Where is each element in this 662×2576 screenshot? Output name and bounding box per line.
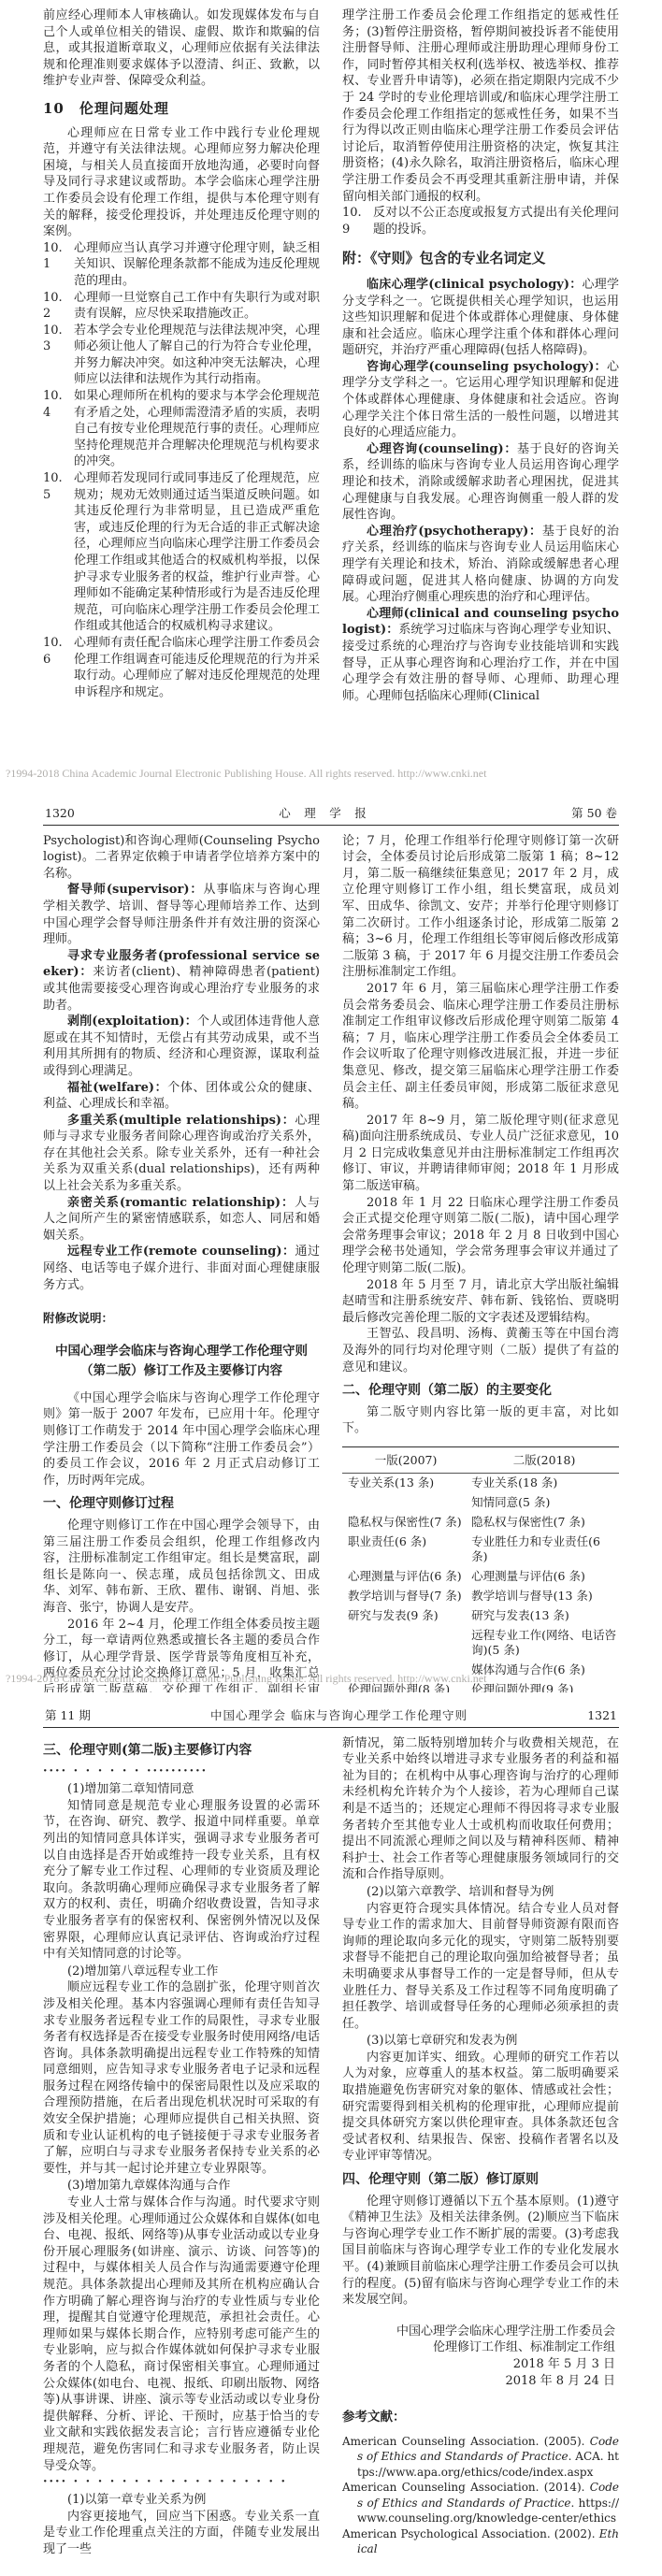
article-title-line1: 中国心理学会临床与咨询心理学工作伦理守则 (49, 1342, 314, 1361)
table-row: 研究与发表(9 条)研究与发表(13 条) (342, 1606, 619, 1626)
copyright-watermark: ?1994-2018 China Academic Journal Electr… (6, 1671, 486, 1688)
table-cell: 隐私权与保密性(7 条) (469, 1513, 619, 1533)
table-row: 专业关系(13 条)专业关系(18 条) (342, 1473, 619, 1493)
clause-item: 10.3 若本学会专业伦理规范与法律法规冲突，心理师必须让他人了解自己的行为符合… (43, 323, 320, 388)
clause-text: 心理师一旦觉察自己工作中有失职行为或对职责有误解，应尽快采取措施改正。 (74, 290, 320, 323)
paragraph: Psychologist)和咨询心理师(Counseling Psycholog… (43, 833, 320, 883)
table-cell: 教学培训与督导(13 条) (469, 1587, 619, 1606)
subsection-heading: (1)增加第二章知情同意 (43, 1781, 320, 1798)
table-header-row: 一版(2007) 二版(2018) (342, 1446, 619, 1473)
section-heading-ethics-issues: 10 伦理问题处理 (43, 101, 320, 118)
definition-paragraph: 寻求专业服务者(professional service seeker)：来访者… (43, 948, 320, 1014)
page-number: 1321 (587, 1707, 617, 1724)
clause-text: 反对以不公正态度或报复方式提出有关伦理问题的投诉。 (373, 205, 619, 237)
article-title: 中国心理学会临床与咨询心理学工作伦理守则 （第二版）修订工作及主要修订内容 (49, 1342, 314, 1381)
definition-paragraph: 心理咨询(counseling)：基于良好的咨询关系，经训练的临床与咨询专业人员… (342, 441, 619, 524)
definition-term: 临床心理学(clinical psychology)： (367, 278, 583, 292)
table-cell: 专业胜任力和专业责任(6 条) (469, 1533, 619, 1567)
table-cell: 媒体沟通与合作(6 条) (469, 1661, 619, 1680)
table-cell: 心理测量与评估(6 条) (469, 1567, 619, 1587)
clause-text: 如果心理师所在机构的要求与本学会伦理规范有矛盾之处，心理师需澄清矛盾的实质，表明… (74, 388, 320, 470)
subsection-heading: (3)增加第九章媒体沟通与合作 (43, 2178, 320, 2195)
clause-text: 心理师有责任配合临床心理学注册工作委员会伦理工作组调查可能违反伦理规范的行为并采… (74, 635, 320, 700)
definition-paragraph: 剥削(exploitation)：个人或团体违背他人意愿或在其不知情时，无偿占有… (43, 1014, 320, 1079)
paragraph: 第二版守则内容比第一版的更丰富，对比如下。 (342, 1404, 619, 1437)
page1-left-column: 前应经心理师本人审核确认。如发现媒体发布与自己个人或单位相关的错误、虚假、欺诈和… (43, 7, 320, 704)
scanned-journal-document: { "copyright": "?1994-2018 China Academi… (0, 0, 662, 2576)
clause-number: 10.9 (342, 205, 367, 237)
journal-page-1319: 前应经心理师本人审核确认。如发现媒体发布与自己个人或单位相关的错误、虚假、欺诈和… (0, 0, 662, 790)
subsection-heading: (2)以第六章教学、培训和督导为例 (342, 1884, 619, 1901)
clause-number: 10.1 (43, 240, 67, 290)
revision-note-label: 附修改说明： (43, 1310, 320, 1327)
paragraph: 内容更符合现实具体情况。结合专业人员对督导专业工作的需求加大、目前督导师资源有限… (342, 1901, 619, 2033)
page2-left-column: Psychologist)和咨询心理师(Counseling Psycholog… (43, 833, 320, 1692)
copyright-watermark: ?1994-2018 China Academic Journal Electr… (6, 766, 486, 783)
clause-item: 10.6 心理师有责任配合临床心理学注册工作委员会伦理工作组调查可能违反伦理规范… (43, 635, 320, 700)
paragraph: 心理师应在日常专业工作中践行专业伦理规范，并遵守有关法律法规。心理师应努力解决伦… (43, 125, 320, 240)
page-number: 1320 (45, 805, 75, 822)
clause-text: 若本学会专业伦理规范与法律法规冲突，心理师必须让他人了解自己的行为符合专业伦理，… (74, 323, 320, 388)
table-cell: 研究与发表(13 条) (469, 1606, 619, 1626)
table-cell: 知情同意(5 条) (469, 1493, 619, 1513)
definition-paragraph: 督导师(supervisor)：从事临床与咨询心理学相关教学、培训、督导等心理师… (43, 882, 320, 947)
clause-item: 10.1 心理师应当认真学习并遵守伦理守则，缺乏相关知识、误解伦理条款都不能成为… (43, 240, 320, 290)
paragraph: 2018 年 5 月至 7 月，请北京大学出版社编辑赵晴雪和注册系统安芹、韩布新… (342, 1277, 619, 1327)
signature-date: 2018 年 8 月 24 日 (342, 2373, 619, 2390)
table-cell: 伦理问题处理(9 条) (469, 1680, 619, 1692)
reference-entry: American Psychological Association. (200… (342, 2526, 619, 2557)
section-heading-main-changes: 二、伦理守则（第二版）的主要变化 (342, 1383, 619, 1400)
article-title-line2: （第二版）修订工作及主要修订内容 (49, 1361, 314, 1381)
page3-right-column: 新情况，第二版特别增加转介与收费相关规范，在专业关系中始终以增进寻求专业服务者的… (342, 1735, 619, 2558)
paragraph: 《中国心理学会临床与咨询心理学工作伦理守则》第一版于 2007 年发布，已应用十… (43, 1390, 320, 1489)
subsection-heading: (3)以第七章研究和发表为例 (342, 2033, 619, 2050)
dotted-separator: ···· · · · · · · · · · · · · · · · · · · (43, 2474, 320, 2491)
table-cell: 隐私权与保密性(7 条) (342, 1513, 469, 1533)
table-cell: 心理测量与评估(6 条) (342, 1567, 469, 1587)
paragraph: 前应经心理师本人审核确认。如发现媒体发布与自己个人或单位相关的错误、虚假、欺诈和… (43, 7, 320, 90)
clause-number: 10.5 (43, 470, 67, 635)
table-row: 教学培训与督导(7 条)教学培训与督导(13 条) (342, 1587, 619, 1606)
table-row: 知情同意(5 条) (342, 1493, 619, 1513)
clause-item: 10.9 反对以不公正态度或报复方式提出有关伦理问题的投诉。 (342, 205, 619, 237)
journal-page-1320: 1320 心 理 学 报 第 50 卷 Psychologist)和咨询心理师(… (0, 790, 662, 1692)
references-heading: 参考文献： (342, 2410, 619, 2426)
definition-paragraph: 远程专业工作(remote counseling)：通过网络、电话等电子媒介进行… (43, 1244, 320, 1293)
definition-paragraph: 咨询心理学(counseling psychology)：心理学分支学科之一。它… (342, 359, 619, 441)
definition-term: 剥削(exploitation)： (67, 1015, 197, 1029)
page-header: 第 11 期 中国心理学会 临床与咨询心理学工作伦理守则 1321 (0, 1692, 662, 1724)
reference-entry: American Counseling Association. (2014).… (342, 2480, 619, 2526)
running-title: 中国心理学会 临床与咨询心理学工作伦理守则 (210, 1707, 468, 1724)
journal-name: 心 理 学 报 (279, 805, 367, 822)
table-cell (342, 1493, 469, 1513)
paragraph: 内容更接地气，回应当下困惑。专业关系一直是专业工作伦理重点关注的方面，伴随专业发… (43, 2509, 320, 2558)
table-cell: 研究与发表(9 条) (342, 1606, 469, 1626)
reference-text: American Counseling Association. (2014). (342, 2481, 590, 2494)
page2-right-column: 论；7 月，伦理工作组举行伦理守则修订第一次研讨会，全体委员讨论后形成第二版第 … (342, 833, 619, 1692)
definition-term: 督导师(supervisor)： (67, 883, 203, 897)
clause-number: 10.4 (43, 388, 67, 470)
table-row: 职业责任(6 条)专业胜任力和专业责任(6 条) (342, 1533, 619, 1567)
paragraph: 内容更加详实、细致。心理师的研究工作若以人为对象，应尊重人的基本权益。第二版明确… (342, 2050, 619, 2165)
definition-paragraph: 心理治疗(psychotherapy)：基于良好的治疗关系，经训练的临床与咨询专… (342, 524, 619, 606)
paragraph: 2017 年 6 月，第三届临床心理学注册工作委员会常务委员会、临床心理学注册工… (342, 981, 619, 1113)
section-heading-main-revisions: 三、伦理守则(第二版)主要修订内容 (43, 1743, 320, 1760)
appendix-definitions-heading: 附：《守则》包含的专业名词定义 (342, 251, 619, 267)
journal-page-1321: 第 11 期 中国心理学会 临床与咨询心理学工作伦理守则 1321 三、伦理守则… (0, 1692, 662, 2576)
signature-date: 2018 年 5 月 3 日 (342, 2356, 619, 2373)
section-heading-revision-principles: 四、伦理守则（第二版）修订原则 (342, 2172, 619, 2189)
clause-number: 10.2 (43, 290, 67, 323)
reference-text: American Counseling Association. (2005). (342, 2435, 590, 2448)
definition-paragraph: 福祉(welfare)：个体、团体或公众的健康、利益、心理成长和幸福。 (43, 1080, 320, 1113)
definition-term: 远程专业工作(remote counseling)： (67, 1245, 295, 1259)
table-cell: 专业关系(13 条) (342, 1473, 469, 1493)
volume-number: 第 50 卷 (571, 805, 617, 822)
reference-entry: American Counseling Association. (2005).… (342, 2434, 619, 2481)
reference-text: American Psychological Association. (200… (342, 2527, 599, 2540)
paragraph: 伦理守则修订遵循以下五个基本原则。(1)遵守《精神卫生法》及相关法律条例。(2)… (342, 2194, 619, 2309)
paragraph: 新情况，第二版特别增加转介与收费相关规范，在专业关系中始终以增进寻求专业服务者的… (342, 1735, 619, 1883)
table-header-v2: 二版(2018) (469, 1446, 619, 1473)
page-header: 1320 心 理 学 报 第 50 卷 (0, 790, 662, 822)
clause-item: 10.4 如果心理师所在机构的要求与本学会伦理规范有矛盾之处，心理师需澄清矛盾的… (43, 388, 320, 470)
signature-block: 中国心理学会临床心理学注册工作委员会 伦理修订工作组、标准制定工作组 2018 … (342, 2324, 619, 2389)
version-comparison-table: 一版(2007) 二版(2018) 专业关系(13 条)专业关系(18 条) 知… (342, 1446, 619, 1692)
clause-item: 10.5 心理师若发现同行或同事违反了伦理规范，应规劝；规劝无效则通过适当渠道反… (43, 470, 320, 635)
table-cell (342, 1626, 469, 1661)
table-header-v1: 一版(2007) (342, 1446, 469, 1473)
definition-paragraph: 亲密关系(romantic relationship)：人与人之间所产生的紧密情… (43, 1195, 320, 1245)
definition-term: 亲密关系(romantic relationship)： (67, 1196, 295, 1210)
definition-term: 心理咨询(counseling)： (367, 442, 517, 456)
issue-number: 第 11 期 (45, 1707, 91, 1724)
paragraph: 论；7 月，伦理工作组举行伦理守则修订第一次研讨会，全体委员讨论后形成第二版第 … (342, 833, 619, 981)
table-cell: 教学培训与督导(7 条) (342, 1587, 469, 1606)
paragraph: 知情同意是规范专业心理服务设置的必需环节，在咨询、研究、教学、报道中同样重要。单… (43, 1798, 320, 1963)
page1-right-column: 理学注册工作委员会伦理工作组指定的惩戒性任务；(3)暂停注册资格，暂停期间被投诉… (342, 7, 619, 704)
paragraph: 顺应远程专业工作的急剧扩张，伦理守则首次涉及相关伦理。基本内容强调心理师有责任告… (43, 1979, 320, 2177)
paragraph: 理学注册工作委员会伦理工作组指定的惩戒性任务；(3)暂停注册资格，暂停期间被投诉… (342, 7, 619, 205)
subsection-heading: (2)增加第八章远程专业工作 (43, 1964, 320, 1980)
section-heading-revision-process: 一、伦理守则修订过程 (43, 1496, 320, 1513)
table-row: 心理测量与评估(6 条)心理测量与评估(6 条) (342, 1567, 619, 1587)
paragraph: 专业人士常与媒体合作与沟通。时代要求守则涉及相关伦理。心理师通过公众媒体和自媒体… (43, 2195, 320, 2474)
paragraph: 2018 年 1 月 22 日临床心理学注册工作委员会正式提交伦理守则第二版(二… (342, 1195, 619, 1277)
definition-paragraph: 多重关系(multiple relationships)：心理师与寻求专业服务者… (43, 1113, 320, 1195)
signature-line: 中国心理学会临床心理学注册工作委员会 (342, 2324, 619, 2340)
paragraph: 王智弘、段昌明、汤梅、黄蘅玉等在中国台湾及海外的同行均对伦理守则（二版）提供了有… (342, 1326, 619, 1375)
clause-number: 10.3 (43, 323, 67, 388)
clause-item: 10.2 心理师一旦觉察自己工作中有失职行为或对职责有误解，应尽快采取措施改正。 (43, 290, 320, 323)
dotted-separator: ···· · · · · · · ·········· (43, 1763, 320, 1780)
clause-text: 心理师若发现同行或同事违反了伦理规范，应规劝；规劝无效则通过适当渠道反映问题。如… (74, 470, 320, 635)
table-row: 远程专业工作(网络、电话咨询)(5 条) (342, 1626, 619, 1661)
table-row: 隐私权与保密性(7 条)隐私权与保密性(7 条) (342, 1513, 619, 1533)
table-cell: 专业关系(18 条) (469, 1473, 619, 1493)
clause-text: 心理师应当认真学习并遵守伦理守则，缺乏相关知识、误解伦理条款都不能成为违反伦理规… (74, 240, 320, 290)
paragraph: 伦理守则修订工作在中国心理学会领导下，由第三届注册工作委员会组织，伦理工作组修改… (43, 1518, 320, 1617)
clause-number: 10.6 (43, 635, 67, 700)
definition-term: 咨询心理学(counseling psychology)： (367, 360, 607, 374)
definition-paragraph: 心理师(clinical and counseling psychologist… (342, 606, 619, 705)
page3-left-column: 三、伦理守则(第二版)主要修订内容 ···· · · · · · · ·····… (43, 1735, 320, 2558)
table-cell: 职业责任(6 条) (342, 1533, 469, 1567)
table-cell: 远程专业工作(网络、电话咨询)(5 条) (469, 1626, 619, 1661)
definition-paragraph: 临床心理学(clinical psychology)：心理学分支学科之一。它既提… (342, 277, 619, 359)
subsection-heading: (1)以第一章专业关系为例 (43, 2492, 320, 2509)
paragraph: 2017 年 8~9 月，第二版伦理守则(征求意见稿)面向注册系统成员、专业人员… (342, 1113, 619, 1195)
definition-term: 多重关系(multiple relationships)： (67, 1114, 295, 1128)
definition-term: 心理治疗(psychotherapy)： (367, 525, 542, 539)
signature-line: 伦理修订工作组、标准制定工作组 (342, 2339, 619, 2356)
definition-term: 福祉(welfare)： (67, 1081, 167, 1095)
